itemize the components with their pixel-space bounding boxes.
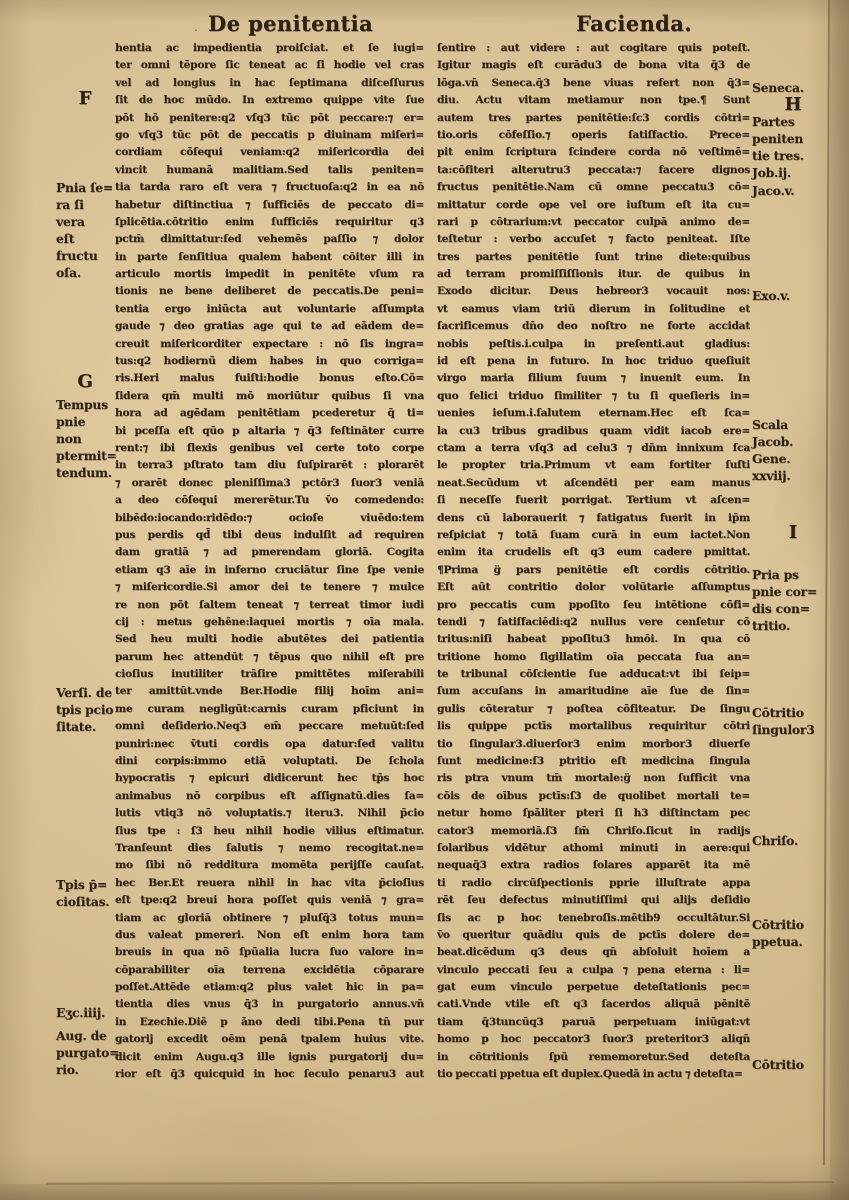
margin-note: Jaco.v.: [752, 182, 834, 199]
text-line: tio.oris cōfeſſio.⁊ operis ſatiſfactio. …: [437, 127, 750, 144]
margin-section-letter: F: [56, 90, 114, 108]
text-line: mo ſibi nō redditura momēta perijſſe cau…: [115, 857, 424, 874]
margin-note-line: ptermit=: [56, 447, 114, 464]
margin-note-line: eſt fructu: [56, 230, 114, 264]
margin-note-line: Cōtritio: [752, 704, 834, 721]
text-line: in Ezechie.Diē p āno dedi tibi.Pena tn̄ …: [115, 1014, 424, 1031]
text-line: tendi ⁊ ſatiſfaciēdi:q2 nullus vere cenſ…: [437, 614, 750, 631]
running-header-right: Facienda.: [576, 11, 692, 36]
left-marginalia: FPnia ſe=ra ſi veraeſt fructuoſa.GTempus…: [56, 0, 114, 1200]
margin-note-line: Eʒc.iiij.: [56, 1004, 114, 1021]
text-line: bibēdo:iocando:ridēdo:⁊ ocioſe viuēdo:te…: [115, 510, 424, 527]
margin-note-line: Pnia ſe=: [56, 179, 114, 196]
text-line: beat.dicēdum q3 deus qn̄ abſoluit hoīem …: [437, 944, 750, 961]
margin-note: Job.ij.: [752, 164, 834, 181]
text-line: tio ſingular3.diuerſor3 enim morbor3 diu…: [437, 736, 750, 753]
text-line: pro peccatis cum ppoſito ſeu intētione c…: [437, 597, 750, 614]
margin-note-line: Scala: [752, 416, 834, 433]
text-line: vt eamus viam triū dierum in ſolitudine …: [437, 301, 750, 318]
text-line: cij : metus gehēne:laquei mortis ⁊ oīa m…: [115, 614, 424, 631]
text-line: ſentire : aut videre : aut cogitare quis…: [437, 40, 750, 57]
text-line: vincit humanā malitiam.Sed talis peniten…: [115, 162, 424, 179]
text-column-left: hentia ac impedientia proiſciat. et ſe i…: [115, 40, 424, 1083]
margin-note-line: ra ſi vera: [56, 196, 114, 230]
text-line: gatorij excedit oēm penā tpalem huius vi…: [115, 1031, 424, 1048]
text-line: ter omni tēpore ſic teneat ac ſi hodie v…: [115, 57, 424, 74]
text-line: rari p cōtrarium:vt peccator culpā animo…: [437, 214, 750, 231]
text-line: ris ptra vnum tm̄ mortale:g̈ non ſuffici…: [437, 770, 750, 787]
text-line: Sed heu multi hodie abutētes dei patient…: [115, 631, 424, 648]
text-line: dini corpis:immo etiā voluptati. De ſcho…: [115, 753, 424, 770]
margin-note: Aug. depurgato=rio.: [56, 1027, 114, 1078]
text-line: teſtetur : verbo accuſet ⁊ facto penitea…: [437, 231, 750, 248]
text-line: ¶Prima g̈ pars penitētie eſt cordis cōtr…: [437, 562, 750, 579]
text-line: cator3 memoriā.ſ3 ſm̄ Chriſo.ſicut in ra…: [437, 823, 750, 840]
text-line: dam gratiā ⁊ ad pmerendam gloriā. Cogita: [115, 544, 424, 561]
text-line: reſpiciat ⁊ totā ſuam curā in eum iactet…: [437, 527, 750, 544]
text-line: ſum accuſans in amaritudine aīe ſue de ſ…: [437, 683, 750, 700]
text-line: enim ita crudelis eſt q3 eum cadere pmit…: [437, 544, 750, 561]
margin-note: Pria pspnie cor=dis con=tritio.: [752, 566, 834, 634]
margin-section-letter: I: [752, 524, 834, 542]
text-line: hentia ac impedientia proiſciat. et ſe i…: [115, 40, 424, 57]
running-header-left: De penitentia: [208, 11, 373, 36]
text-line: diu. Actu vitam metiamur non tpe.¶ Sunt: [437, 92, 750, 109]
text-line: autem tres partes penitētie:ſc3 cordis c…: [437, 110, 750, 127]
text-line: ti radio circūſpectionis pprie illuſtrat…: [437, 875, 750, 892]
margin-note-line: oſa.: [56, 264, 114, 281]
text-line: parum hec attendūt ⁊ tēpus quo nihil eſt…: [115, 649, 424, 666]
margin-section-letter: H: [752, 96, 834, 114]
margin-note: Exo.v.: [752, 287, 834, 304]
text-line: ſius tpe : ſ3 heu nihil hodie vilius eſt…: [115, 823, 424, 840]
text-line: ſidera qm̄ multi mō moriūtur quibus ſi v…: [115, 388, 424, 405]
text-line: creuit miſericorditer expectare : nō ſis…: [115, 336, 424, 353]
text-line: pōt hō penitere:q2 vſq3 tūc pōt peccare:…: [115, 110, 424, 127]
margin-note-line: tie tres.: [752, 147, 834, 164]
text-line: netur homo ſpāliter pteri ſi h3 diſtinct…: [437, 805, 750, 822]
text-line: gaude ⁊ deo gratias age qui te ad eādem …: [115, 318, 424, 335]
text-line: quo felici triduo ſimiliter ⁊ tu ſi queſ…: [437, 388, 750, 405]
text-line: cioſius inutiliter trāſire pmittētes miſ…: [115, 666, 424, 683]
text-line: ctam a terra vſq3 ad celu3 ⁊ dn̄m innixu…: [437, 440, 750, 457]
text-line: Exodo dicitur. Deus hebreor3 vocauit nos…: [437, 283, 750, 300]
margin-note-line: ſingulor3: [752, 721, 834, 738]
text-line: go vſq3 tūc pōt de peccatis p diuinam mi…: [115, 127, 424, 144]
margin-note-line: purgato=: [56, 1044, 114, 1061]
text-line: hora ad agēdam penitētiam pcederetur q̄ …: [115, 405, 424, 422]
margin-note-line: Tpis p̄=: [56, 876, 114, 893]
margin-note-line: H: [752, 96, 834, 114]
margin-note-line: tritio.: [752, 617, 834, 634]
margin-note-line: G: [56, 373, 114, 391]
margin-note-line: Aug. de: [56, 1027, 114, 1044]
text-line: virgo maria filium ſuum ⁊ inuenit eum. I…: [437, 370, 750, 387]
margin-note-line: Job.ij.: [752, 164, 834, 181]
text-line: rent:⁊ ibi flexis genibus vel certe toto…: [115, 440, 424, 457]
text-line: nequaq̄3 extra radios ſolares apparēt it…: [437, 857, 750, 874]
text-line: tiam ac gloriā obtinere ⁊ pluſq̄3 totus …: [115, 910, 424, 927]
margin-note-line: Chriſo.: [752, 832, 834, 849]
margin-note-line: dis con=: [752, 600, 834, 617]
text-column-right: ſentire : aut videre : aut cogitare quis…: [437, 40, 750, 1083]
margin-note: Verſi. detpis pcioſitate.: [56, 684, 114, 735]
text-line: le propter tria.Primum vt eam fortiter ſ…: [437, 457, 750, 474]
text-line: omni deſiderio.Neq3 em̄ peccare metuūt:ſ…: [115, 718, 424, 735]
text-line: poſſet.Attēde etiam:q2 plus valet hic in…: [115, 979, 424, 996]
right-marginalia: Seneca.HPartespenitentie tres.Job.ij.Jac…: [752, 0, 834, 1200]
margin-note-line: pnie cor=: [752, 583, 834, 600]
text-line: tus:q2 hodiernū diem habes in quo corrig…: [115, 353, 424, 370]
margin-note: ScalaJacob.Gene.xxviij.: [752, 416, 834, 484]
margin-note: Cōtritio: [752, 1056, 834, 1073]
text-line: tres partes penitētie ſunt trine diete:q…: [437, 249, 750, 266]
text-line: ſolaribus vidētur athomi minuti in aere:…: [437, 840, 750, 857]
text-line: ⁊ miſericordie.Si amor dei te tenere ⁊ m…: [115, 579, 424, 596]
text-line: lutis vtiq3 nō voluptatis.⁊ iteru3. Nihi…: [115, 805, 424, 822]
text-line: id eſt pena in futuro. In hoc triduo que…: [437, 353, 750, 370]
margin-note: Eʒc.iiij.: [56, 1004, 114, 1021]
text-line: dus valeat pmereri. Non eſt enim hora ta…: [115, 927, 424, 944]
margin-note-line: ppetua.: [752, 933, 834, 950]
text-line: tentia ergo iniūcta aut voluntarie aſſum…: [115, 301, 424, 318]
text-line: pctm̄ dimittatur:ſed vehemēs paſſio ⁊ do…: [115, 231, 424, 248]
text-line: Tranſeunt dies ſalutis ⁊ nemo recogitat.…: [115, 840, 424, 857]
text-line: ſi neceſſe fuerit porrigat. Tertium vt a…: [437, 492, 750, 509]
margin-note-line: ſitate.: [56, 718, 114, 735]
text-line: tio peccati ppetua eſt duplex.Quedā in a…: [437, 1066, 750, 1083]
text-line: ſit de hoc mūdo. In extremo quippe vite …: [115, 92, 424, 109]
text-line: cordiam cōſequi veniam:q2 miſericordia d…: [115, 144, 424, 161]
margin-note: Pnia ſe=ra ſi veraeſt fructuoſa.: [56, 179, 114, 281]
text-line: fructus penitētie.Nam cū omne peccatu3 c…: [437, 179, 750, 196]
margin-note-line: Tempus: [56, 396, 114, 413]
text-line: ⁊ orarēt donec pleniſſima3 pctōr3 ſuor3 …: [115, 475, 424, 492]
margin-note-line: Jacob.: [752, 433, 834, 450]
text-line: Eſt aūt contritio dolor volūtarie aſſump…: [437, 579, 750, 596]
text-line: Igitur magis eſt curādu3 de bona vita q̄…: [437, 57, 750, 74]
text-line: re non pōt ſaltem teneat ⁊ terreat timor…: [115, 597, 424, 614]
margin-note: Tpis p̄=cioſitas.: [56, 876, 114, 910]
text-line: habetur diſtinctiua ⁊ ſufficiēs de pecca…: [115, 197, 424, 214]
text-line: cati.Vnde vtile eſt q3 ſacerdos aliquā p…: [437, 996, 750, 1013]
text-line: hypocratis ⁊ epicuri didicerunt hec tp̄s…: [115, 770, 424, 787]
text-line: ſunt medicine:ſ3 ptritio eſt medicina ſi…: [437, 753, 750, 770]
text-line: a deo cōſequi mererētur.Tu v̄o comedendo…: [115, 492, 424, 509]
text-line: tia tarda raro eſt vera ⁊ fructuoſa:q2 i…: [115, 179, 424, 196]
margin-note-line: F: [56, 90, 114, 108]
text-line: pus perdis qd̄ tibi deus indulſit ad req…: [115, 527, 424, 544]
margin-note-line: Cōtritio: [752, 916, 834, 933]
text-line: bi pceſſa eſt qūo p altaria ⁊ q̄3 feſtin…: [115, 423, 424, 440]
margin-note-line: Exo.v.: [752, 287, 834, 304]
text-line: ris.Heri malus fuiſti:hodie bonus eſto.C…: [115, 370, 424, 387]
text-line: me curam negligūt:carnis curam pficiunt …: [115, 701, 424, 718]
margin-note-line: peniten: [752, 130, 834, 147]
text-line: te tribunal cōſcientie ſue adducat:vt ib…: [437, 666, 750, 683]
margin-note-line: I: [752, 524, 834, 542]
header-ornament-dot: .: [194, 20, 198, 34]
text-line: pit enim ſcriptura ſcindere corda nō veſ…: [437, 144, 750, 161]
text-line: articulo mortis impedit in penitēte vſum…: [115, 266, 424, 283]
text-line: dicit enim Augu.q3 ille ignis purgatorij…: [115, 1049, 424, 1066]
text-line: ſacrificemus dn̄o deo noſtro ne forte ac…: [437, 318, 750, 335]
margin-note-line: tendum.: [56, 464, 114, 481]
text-line: neat.Secūdum vt aſcendēti per eam manus: [437, 475, 750, 492]
margin-note-line: Jaco.v.: [752, 182, 834, 199]
text-line: puniri:nec v̄tuti cordis opa datur:ſed v…: [115, 736, 424, 753]
text-line: rēt ſeu defectus minutiſſimi qui alijs d…: [437, 892, 750, 909]
text-line: mittatur corde ope vel ore iuſtum eſt it…: [437, 197, 750, 214]
text-line: in terra3 pſtrato tam diu ſuſpirarēt : p…: [115, 457, 424, 474]
text-line: tritione homo ſigillatim oīa peccata ſua…: [437, 649, 750, 666]
text-line: cōis de oībus pctīs:ſ3 de quolibet morta…: [437, 788, 750, 805]
text-line: dens cū laborauerit ⁊ fatigatus fuerit i…: [437, 510, 750, 527]
book-page-scan: . De penitentia Facienda. FPnia ſe=ra ſi…: [0, 0, 849, 1200]
margin-note-line: Partes: [752, 113, 834, 130]
margin-note: Chriſo.: [752, 832, 834, 849]
text-line: gulis cōteratur ⁊ poſtea cōfiteatur. De …: [437, 701, 750, 718]
text-line: etiam q3 aīe in inferno cruciātur ſine ſ…: [115, 562, 424, 579]
text-line: breuis in qua nō ſpūalia lucra ſuo valor…: [115, 944, 424, 961]
text-line: v̄o queritur quādiu quis de pctīs dolere…: [437, 927, 750, 944]
text-line: ſis ac p hoc tenebroſis.mētib9 occultātu…: [437, 910, 750, 927]
text-line: nobis peſtis.i.culpa in preſenti.aut gla…: [437, 336, 750, 353]
text-line: cōparabiliter oīa terrena excidētia cōpa…: [115, 962, 424, 979]
text-line: gat eum vinculo perpetue deteſtationis p…: [437, 979, 750, 996]
margin-note-line: Gene.: [752, 450, 834, 467]
margin-note-line: xxviij.: [752, 467, 834, 484]
text-line: ſplicētia.cōtritio enim ſufficiēs requir…: [115, 214, 424, 231]
margin-note: Cōtritioppetua.: [752, 916, 834, 950]
text-line: tiam q̄3tuncūq3 paruā perpetuam iniūgat:…: [437, 1014, 750, 1031]
text-line: ter amittūt.vnde Ber.Hodie filij hoīm an…: [115, 683, 424, 700]
text-line: vinculo peccati ſeu a culpa ⁊ pena etern…: [437, 962, 750, 979]
text-line: lis quippe pctīs mortalibus requiritur c…: [437, 718, 750, 735]
margin-note-line: cioſitas.: [56, 893, 114, 910]
text-line: homo p hoc peccator3 ſuor3 preteritor3 a…: [437, 1031, 750, 1048]
text-line: tionis ne bene deliberet de peccatis.De …: [115, 283, 424, 300]
text-line: hec Ber.Et reuera nihil in hac vita p̄ci…: [115, 875, 424, 892]
text-line: ad terram promiſſiſſionis itur. de quibu…: [437, 266, 750, 283]
text-line: ta:cōfiteri alterutru3 peccata:⁊ facere …: [437, 162, 750, 179]
margin-note-line: tpis pcio: [56, 701, 114, 718]
text-line: tientia dies vnus q̄3 in purgatorio annu…: [115, 996, 424, 1013]
margin-note: Cōtritioſingulor3: [752, 704, 834, 738]
text-line: in parte ſenſitiua qualem habent cōiter …: [115, 249, 424, 266]
text-line: rior eſt q̄3 quicquid in hoc ſeculo pena…: [115, 1066, 424, 1083]
text-line: eſt tpe:q2 breui hora poſſet quis veniā …: [115, 892, 424, 909]
margin-note-line: pnie non: [56, 413, 114, 447]
text-line: in cōtritionis ſpū rememoretur.Sed deteſ…: [437, 1049, 750, 1066]
text-line: tritus:niſi habeat ppoſitu3 hmōi. In qua…: [437, 631, 750, 648]
margin-note-line: Pria ps: [752, 566, 834, 583]
text-line: lōga.vn̄ Seneca.q̄3 bene viuas refert no…: [437, 75, 750, 92]
page-edge-bottom-shadow: [0, 1184, 849, 1200]
text-line: la cu3 tribus gradibus quam vidit iacob …: [437, 423, 750, 440]
margin-note-line: Cōtritio: [752, 1056, 834, 1073]
margin-note: Partespenitentie tres.: [752, 113, 834, 164]
margin-note-line: Verſi. de: [56, 684, 114, 701]
text-line: animabus nō corpibus eſt aſſignatū.dies …: [115, 788, 424, 805]
text-line: vel ad longius in hac ſeptimana diſceſſu…: [115, 75, 424, 92]
page-edge-right-shadow: [830, 0, 849, 1200]
margin-note: Tempuspnie nonptermit=tendum.: [56, 396, 114, 481]
margin-note-line: rio.: [56, 1061, 114, 1078]
margin-section-letter: G: [56, 373, 114, 391]
text-line: uenies ieſum.i.ſalutem eternam.Hec eſt ſ…: [437, 405, 750, 422]
